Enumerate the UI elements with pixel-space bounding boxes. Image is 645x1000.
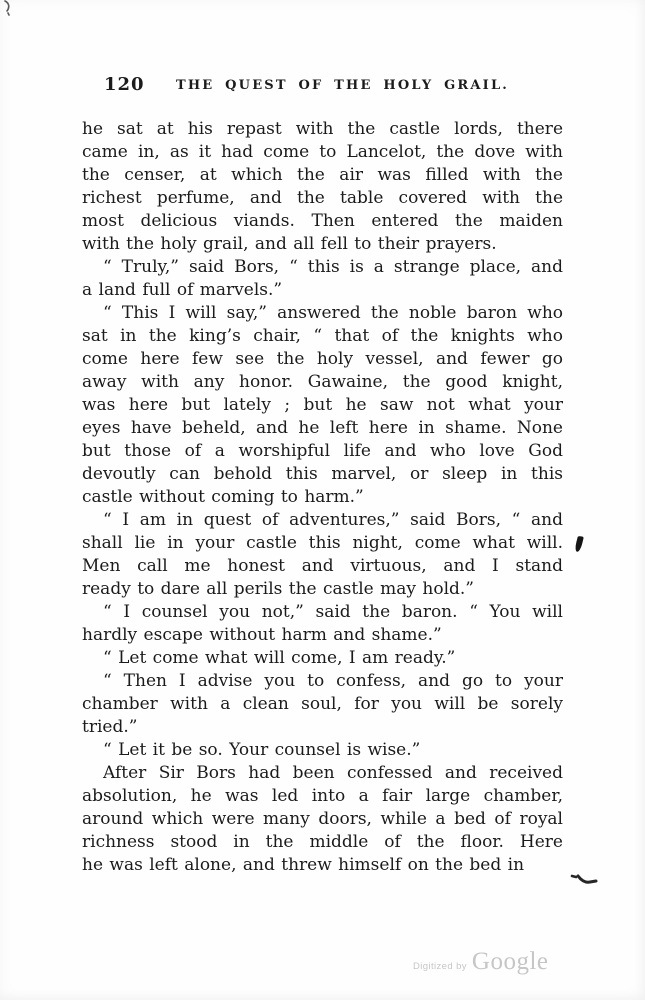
- running-title: THE QUEST OF THE HOLY GRAIL.: [176, 78, 509, 93]
- running-head: 120 THE QUEST OF THE HOLY GRAIL.: [82, 74, 563, 98]
- page-body-text: he sat at his repast with the castle lor…: [82, 118, 563, 877]
- text-line: come here few see the holy vessel, and f…: [82, 348, 563, 371]
- ink-squiggle: [570, 872, 602, 888]
- text-line: tried.”: [82, 716, 563, 739]
- page-number: 120: [104, 74, 145, 95]
- text-line: After Sir Bors had been confessed and re…: [82, 762, 563, 785]
- text-line: absolution, he was led into a fair large…: [82, 785, 563, 808]
- text-line: richest perfume, and the table covered w…: [82, 187, 563, 210]
- watermark: Digitized by Google: [413, 948, 549, 976]
- text-line: ready to dare all perils the castle may …: [82, 578, 563, 601]
- text-line: chamber with a clean soul, for you will …: [82, 693, 563, 716]
- ink-speck: [574, 536, 584, 553]
- text-line: a land full of marvels.”: [82, 279, 563, 302]
- watermark-prefix: Digitized by: [413, 961, 467, 972]
- text-line: he was left alone, and threw himself on …: [82, 854, 563, 877]
- text-line: came in, as it had come to Lancelot, the…: [82, 141, 563, 164]
- text-line: the censer, at which the air was filled …: [82, 164, 563, 187]
- text-line: sat in the king’s chair, “ that of the k…: [82, 325, 563, 348]
- text-line: away with any honor. Gawaine, the good k…: [82, 371, 563, 394]
- text-line: but those of a worshipful life and who l…: [82, 440, 563, 463]
- text-line: castle without coming to harm.”: [82, 486, 563, 509]
- text-line: he sat at his repast with the castle lor…: [82, 118, 563, 141]
- text-line: with the holy grail, and all fell to the…: [82, 233, 563, 256]
- text-line: “ Then I advise you to confess, and go t…: [82, 670, 563, 693]
- corner-pen-mark: [1, 0, 17, 18]
- text-line: “ I am in quest of adventures,” said Bor…: [82, 509, 563, 532]
- text-line: “ This I will say,” answered the noble b…: [82, 302, 563, 325]
- google-logo: Google: [472, 948, 549, 976]
- text-line: eyes have beheld, and he left here in sh…: [82, 417, 563, 440]
- text-line: Men call me honest and virtuous, and I s…: [82, 555, 563, 578]
- text-line: devoutly can behold this marvel, or slee…: [82, 463, 563, 486]
- text-line: shall lie in your castle this night, com…: [82, 532, 563, 555]
- text-line: hardly escape without harm and shame.”: [82, 624, 563, 647]
- text-line: “ Let come what will come, I am ready.”: [82, 647, 563, 670]
- text-line: was here but lately ; but he saw not wha…: [82, 394, 563, 417]
- text-line: “ Let it be so. Your counsel is wise.”: [82, 739, 563, 762]
- text-line: richness stood in the middle of the floo…: [82, 831, 563, 854]
- scanned-book-page: 120 THE QUEST OF THE HOLY GRAIL. he sat …: [0, 0, 645, 1000]
- text-line: “ I counsel you not,” said the baron. “ …: [82, 601, 563, 624]
- text-line: around which were many doors, while a be…: [82, 808, 563, 831]
- text-line: most delicious viands. Then entered the …: [82, 210, 563, 233]
- text-line: “ Truly,” said Bors, “ this is a strange…: [82, 256, 563, 279]
